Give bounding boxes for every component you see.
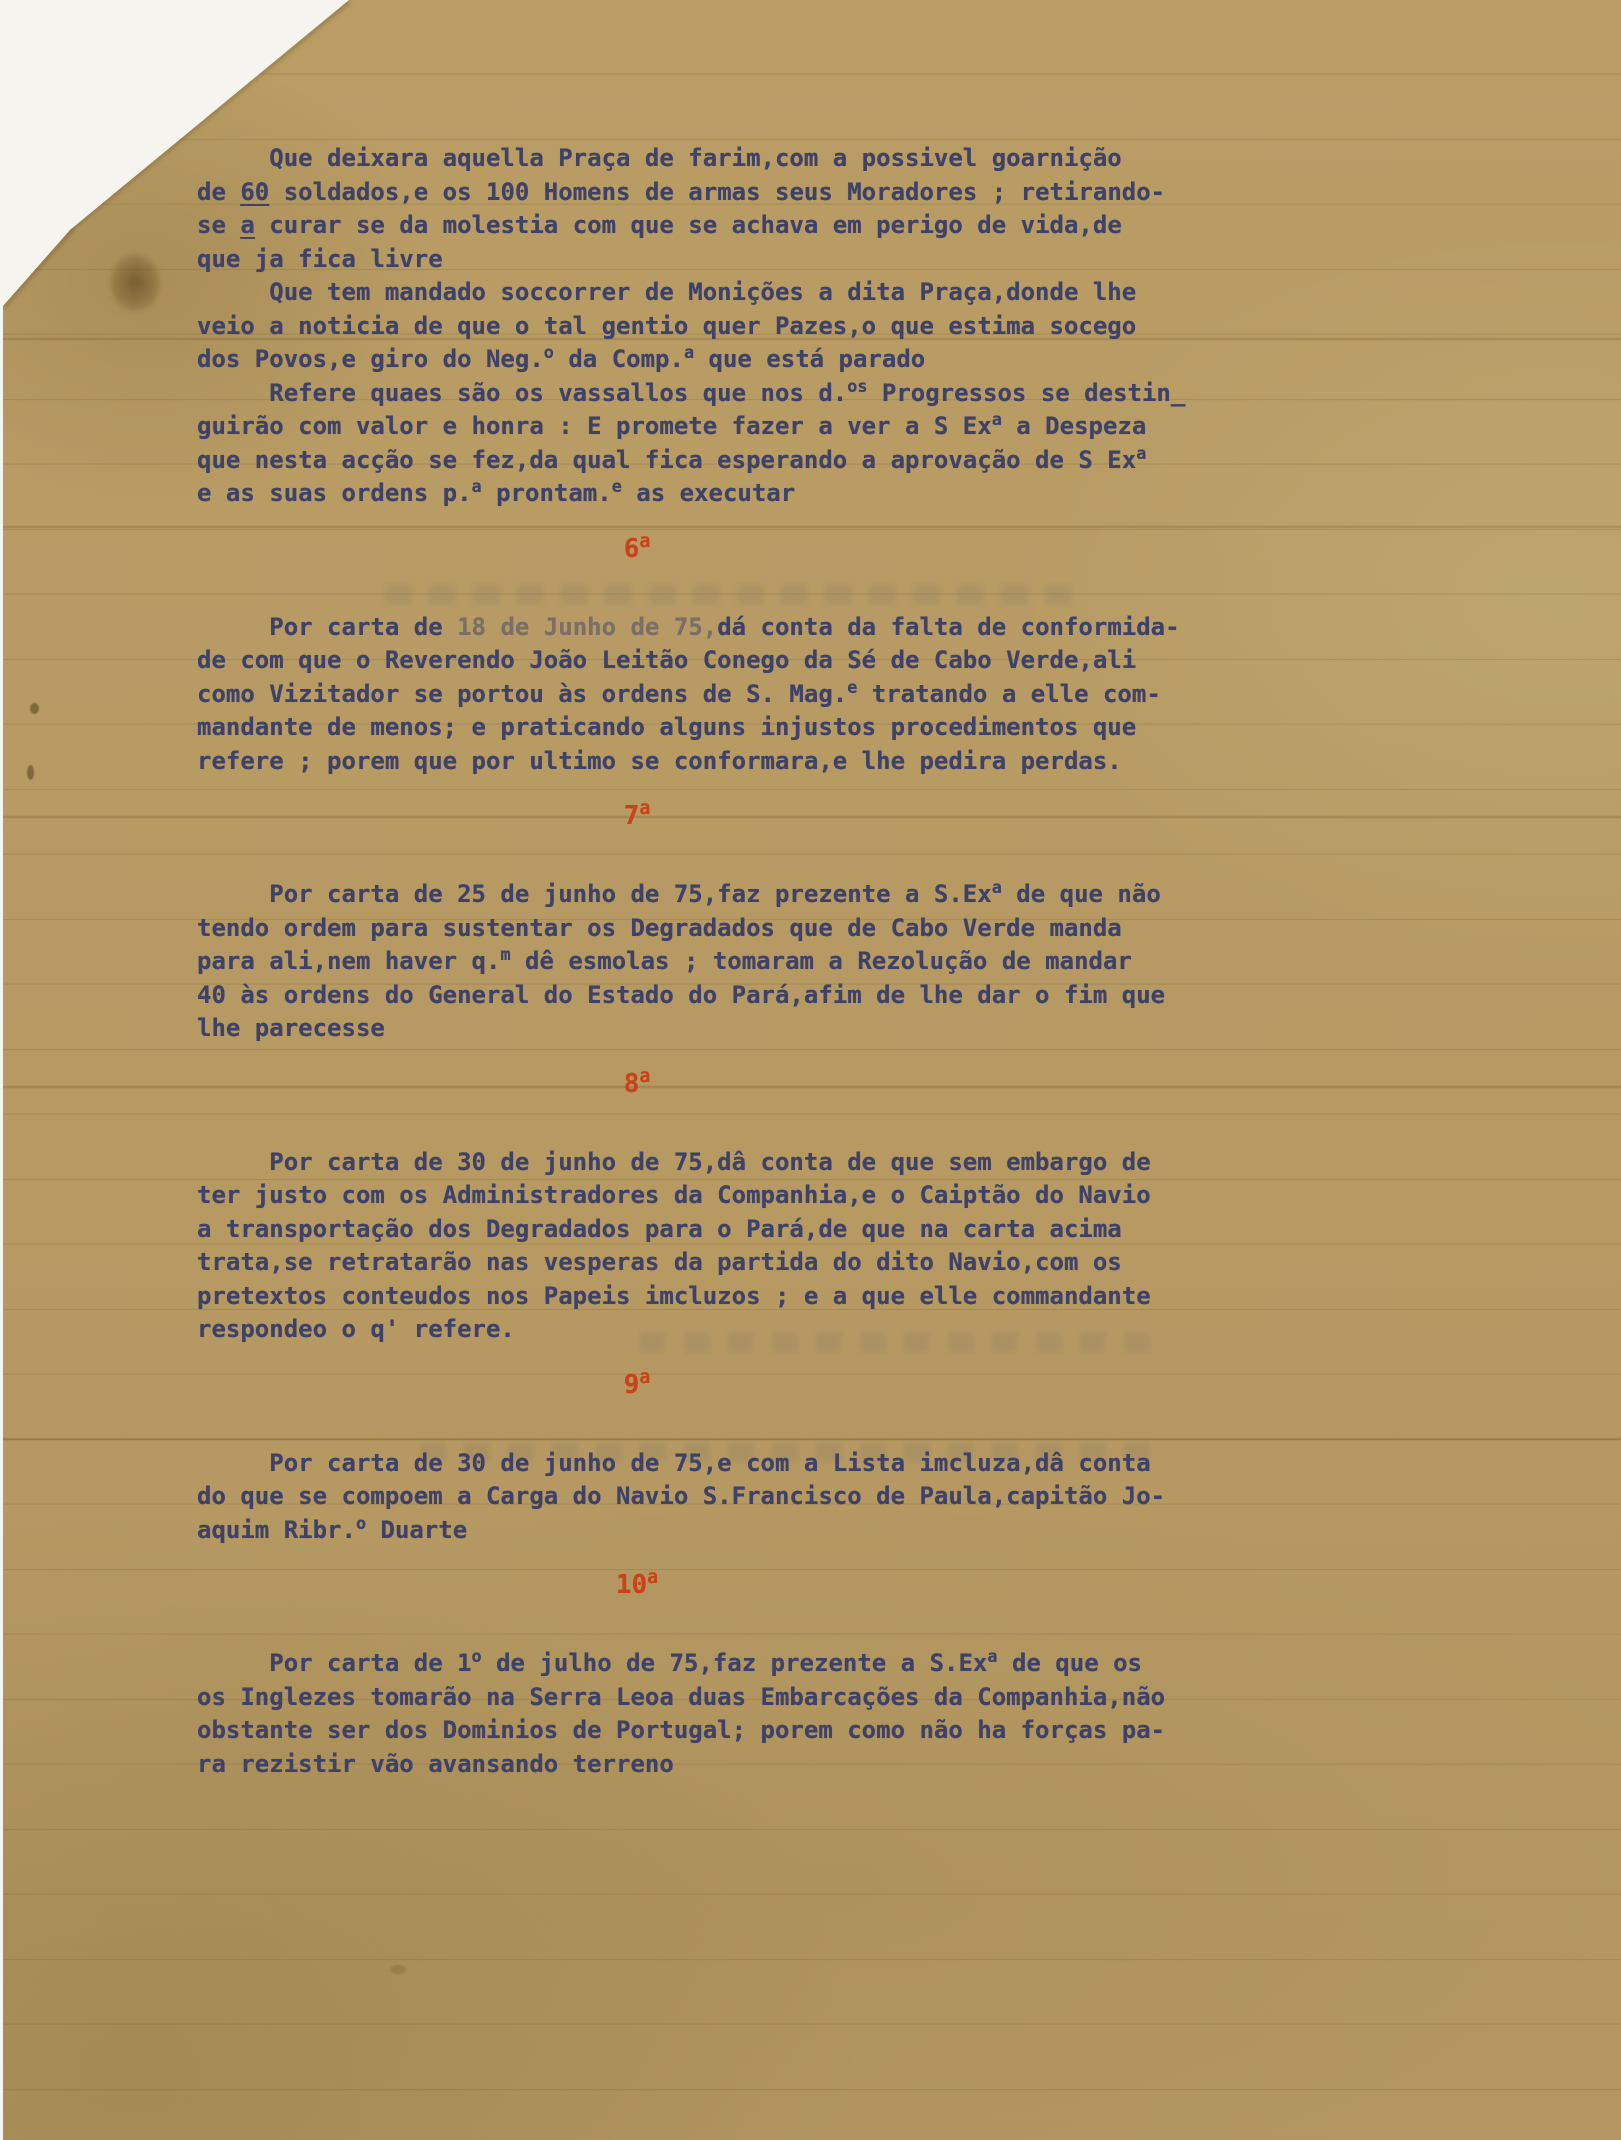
text-line: ra rezistir vão avansando terreno xyxy=(197,1748,1197,1782)
text-line: guirão com valor e honra : E promete faz… xyxy=(197,410,1197,444)
paper-speck xyxy=(30,703,39,714)
text-line: se a curar se da molestia com que se ach… xyxy=(197,209,1197,243)
text-line: do que se compoem a Carga do Navio S.Fra… xyxy=(197,1480,1197,1514)
text-line: tendo ordem para sustentar os Degradados… xyxy=(197,912,1197,946)
paragraph: Por carta de 25 de junho de 75,faz preze… xyxy=(197,878,1197,1046)
text-line: que ja fica livre xyxy=(197,243,1197,277)
text-line: a transportação dos Degradados para o Pa… xyxy=(197,1213,1197,1247)
section-number: 8a xyxy=(197,1068,1077,1102)
text-line: e as suas ordens p.a prontam.e as execut… xyxy=(197,477,1197,511)
paragraph: Por carta de 30 de junho de 75,e com a L… xyxy=(197,1447,1197,1548)
paragraph: Por carta de 1o de julho de 75,faz preze… xyxy=(197,1647,1197,1781)
text-line: Por carta de 30 de junho de 75,e com a L… xyxy=(197,1447,1197,1481)
text-line: Por carta de 25 de junho de 75,faz preze… xyxy=(197,878,1197,912)
paper-sheet: Que deixara aquella Praça de farim,com a… xyxy=(0,0,1621,2140)
text-line: mandante de menos; e praticando alguns i… xyxy=(197,711,1197,745)
text-line: como Vizitador se portou às ordens de S.… xyxy=(197,678,1197,712)
paragraph: Que deixara aquella Praça de farim,com a… xyxy=(197,142,1197,276)
text-line: aquim Ribr.o Duarte xyxy=(197,1514,1197,1548)
text-line: pretextos conteudos nos Papeis imcluzos … xyxy=(197,1280,1197,1314)
text-line: obstante ser dos Dominios de Portugal; p… xyxy=(197,1714,1197,1748)
text-line: refere ; porem que por ultimo se conform… xyxy=(197,745,1197,779)
text-line: de com que o Reverendo João Leitão Coneg… xyxy=(197,644,1197,678)
paper-speck xyxy=(390,1965,406,1974)
text-line: lhe parecesse xyxy=(197,1012,1197,1046)
text-line: ter justo com os Administradores da Comp… xyxy=(197,1179,1197,1213)
text-line: dos Povos,e giro do Neg.o da Comp.a que … xyxy=(197,343,1197,377)
text-line: para ali,nem haver q.m dê esmolas ; toma… xyxy=(197,945,1197,979)
section-number: 9a xyxy=(197,1369,1077,1403)
document-text: Que deixara aquella Praça de farim,com a… xyxy=(197,142,1197,1781)
text-line: que nesta acção se fez,da qual fica espe… xyxy=(197,444,1197,478)
paragraph: Por carta de 18 de Junho de 75,dá conta … xyxy=(197,611,1197,779)
text-line: Refere quaes são os vassallos que nos d.… xyxy=(197,377,1197,411)
text-line: Que deixara aquella Praça de farim,com a… xyxy=(197,142,1197,176)
text-line: Que tem mandado soccorrer de Monições a … xyxy=(197,276,1197,310)
section-number: 10a xyxy=(197,1569,1077,1603)
paragraph: Por carta de 30 de junho de 75,dâ conta … xyxy=(197,1146,1197,1347)
section-number: 6a xyxy=(197,533,1077,567)
scanned-page: Que deixara aquella Praça de farim,com a… xyxy=(0,0,1621,2140)
text-line: os Inglezes tomarão na Serra Leoa duas E… xyxy=(197,1681,1197,1715)
paragraph: Refere quaes são os vassallos que nos d.… xyxy=(197,377,1197,511)
text-line: respondeo o q' refere. xyxy=(197,1313,1197,1347)
text-line: Por carta de 1o de julho de 75,faz preze… xyxy=(197,1647,1197,1681)
paper-speck xyxy=(27,765,34,780)
text-line: 40 às ordens do General do Estado do Par… xyxy=(197,979,1197,1013)
text-line: veio a noticia de que o tal gentio quer … xyxy=(197,310,1197,344)
text-line: trata,se retratarão nas vesperas da part… xyxy=(197,1246,1197,1280)
section-number: 7a xyxy=(197,800,1077,834)
ink-stain xyxy=(100,243,178,343)
paragraph: Que tem mandado soccorrer de Monições a … xyxy=(197,276,1197,377)
text-line: Por carta de 18 de Junho de 75,dá conta … xyxy=(197,611,1197,645)
text-line: de 60 soldados,e os 100 Homens de armas … xyxy=(197,176,1197,210)
text-line: Por carta de 30 de junho de 75,dâ conta … xyxy=(197,1146,1197,1180)
